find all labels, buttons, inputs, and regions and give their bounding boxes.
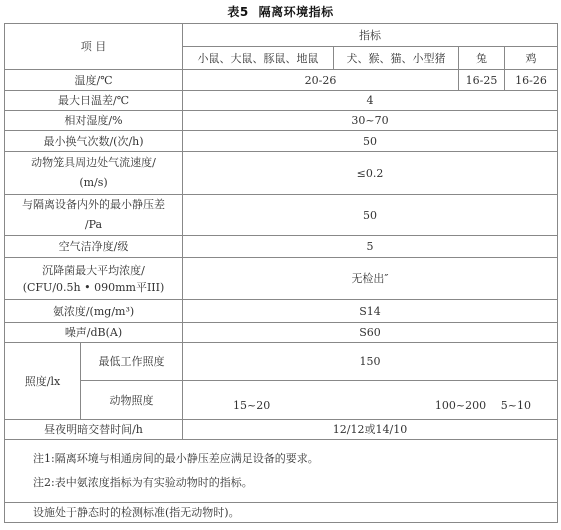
header-group-large-animals: 犬、猴、猫、小型猪 [334, 47, 459, 70]
row-value: 50 [183, 195, 558, 236]
row-label-line: 与隔离设备内外的最小静压差 [5, 195, 182, 215]
row-label: 最大日温差/℃ [5, 91, 183, 111]
header-group-rabbit: 兔 [459, 47, 505, 70]
table-row: 噪声/dB(A) S60 [5, 323, 558, 343]
table-row: 氨浓度/(mg/m³) S14 [5, 300, 558, 323]
row-value-group: 15~20 100~200 5~10 [183, 381, 558, 420]
row-value: 5 [183, 236, 558, 258]
row-label: 空气洁净度/级 [5, 236, 183, 258]
row-label-line: 动物笼具周边处气流速度/ [5, 153, 182, 173]
table-row: 最小换气次数/(次/h) 50 [5, 131, 558, 152]
table-row: 照度/lx 最低工作照度 150 [5, 343, 558, 381]
table-number: 表5 [227, 5, 248, 19]
notes-row: 注1:隔离环境与相通房间的最小静压差应满足设备的要求。 注2:表中氨浓度指标为有… [5, 440, 558, 503]
row-label: 相对湿度/% [5, 111, 183, 131]
row-value: 150 [183, 343, 558, 381]
note-1: 注1:隔离环境与相通房间的最小静压差应满足设备的要求。 [33, 447, 557, 471]
row-label: 与隔离设备内外的最小静压差/Pa [5, 195, 183, 236]
table-row: 空气洁净度/级 5 [5, 236, 558, 258]
row-label-line: /Pa [5, 215, 182, 235]
footnote: 设施处于静态时的检测标准(指无动物时)。 [5, 503, 558, 523]
row-label: 氨浓度/(mg/m³) [5, 300, 183, 323]
row-value: 100~200 [435, 398, 486, 413]
row-value: 12/12或14/10 [183, 420, 558, 440]
note-2: 注2:表中氨浓度指标为有实验动物时的指标。 [33, 471, 557, 495]
header-index: 指标 [183, 24, 558, 47]
row-sublabel: 最低工作照度 [81, 343, 183, 381]
row-sublabel: 动物照度 [81, 381, 183, 420]
table-row: 温度/℃ 20-26 16-25 16-26 [5, 70, 558, 91]
table-title-text: 隔离环境指标 [259, 5, 334, 19]
row-label-line: 沉降菌最大平均浓度/ [5, 262, 182, 279]
row-label: 温度/℃ [5, 70, 183, 91]
row-label: 噪声/dB(A) [5, 323, 183, 343]
table-row: 动物照度 15~20 100~200 5~10 [5, 381, 558, 420]
row-label-line: (CFU/0.5h • 090mm平III) [5, 279, 182, 296]
isolation-environment-table: 项 目 指标 小鼠、大鼠、豚鼠、地鼠 犬、猴、猫、小型猪 兔 鸡 温度/℃ 20… [4, 23, 558, 523]
row-value: 30~70 [183, 111, 558, 131]
table-row: 最大日温差/℃ 4 [5, 91, 558, 111]
row-label: 照度/lx [5, 343, 81, 420]
header-group-chicken: 鸡 [505, 47, 558, 70]
row-label-line: (m/s) [5, 173, 182, 193]
row-value: S14 [183, 300, 558, 323]
table-row: 昼夜明暗交替时间/h 12/12或14/10 [5, 420, 558, 440]
row-value: 16-26 [505, 70, 558, 91]
row-value: ≤0.2 [183, 152, 558, 195]
row-value: 5~10 [501, 398, 531, 413]
table-row: 动物笼具周边处气流速度/(m/s) ≤0.2 [5, 152, 558, 195]
row-value: 16-25 [459, 70, 505, 91]
table-title: 表5隔离环境指标 [0, 3, 561, 20]
row-value: 15~20 [233, 398, 270, 413]
row-label: 沉降菌最大平均浓度/(CFU/0.5h • 090mm平III) [5, 258, 183, 300]
footnote-row: 设施处于静态时的检测标准(指无动物时)。 [5, 503, 558, 523]
table-row: 相对湿度/% 30~70 [5, 111, 558, 131]
row-value: 20-26 [183, 70, 459, 91]
header-group-rodents: 小鼠、大鼠、豚鼠、地鼠 [183, 47, 334, 70]
notes-cell: 注1:隔离环境与相通房间的最小静压差应满足设备的要求。 注2:表中氨浓度指标为有… [5, 440, 558, 503]
row-value: 无检出″ [183, 258, 558, 300]
header-item: 项 目 [5, 24, 183, 70]
row-label: 最小换气次数/(次/h) [5, 131, 183, 152]
row-value: 50 [183, 131, 558, 152]
row-value: 4 [183, 91, 558, 111]
table-row: 与隔离设备内外的最小静压差/Pa 50 [5, 195, 558, 236]
row-label: 昼夜明暗交替时间/h [5, 420, 183, 440]
row-value: S60 [183, 323, 558, 343]
row-label: 动物笼具周边处气流速度/(m/s) [5, 152, 183, 195]
table-row: 沉降菌最大平均浓度/(CFU/0.5h • 090mm平III) 无检出″ [5, 258, 558, 300]
